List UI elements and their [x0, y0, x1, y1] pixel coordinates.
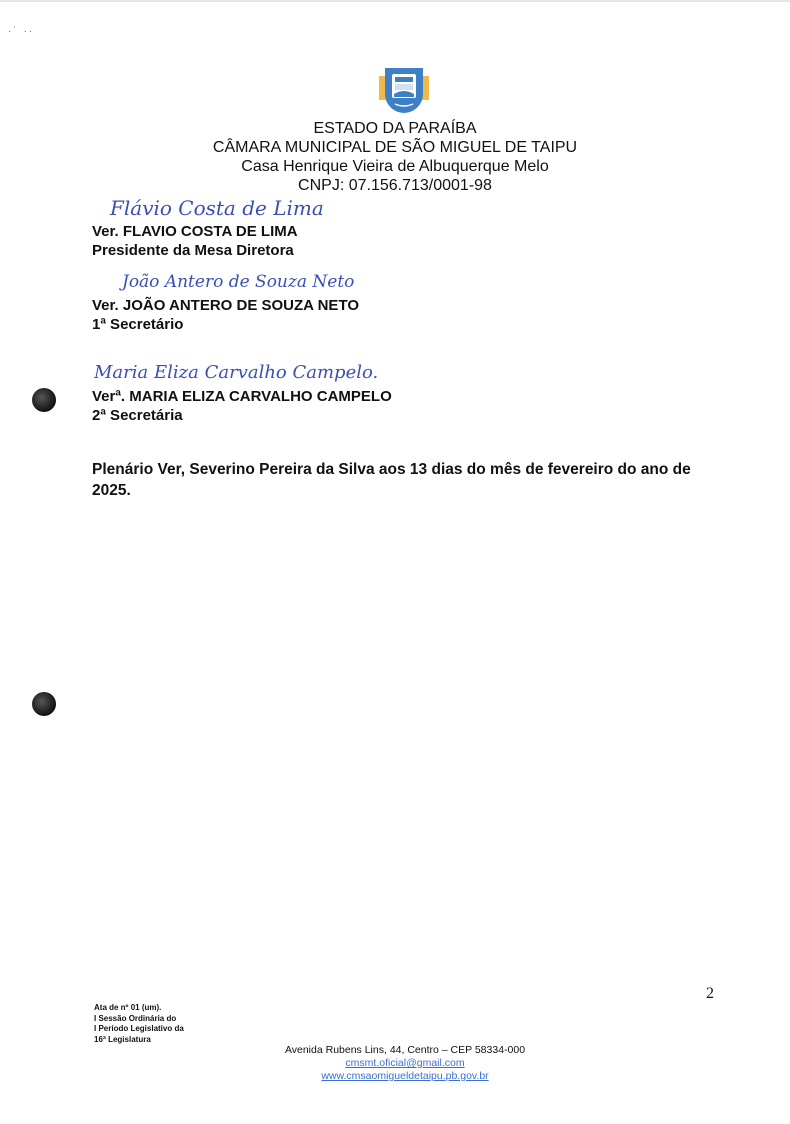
closing-statement: Plenário Ver, Severino Pereira da Silva … — [92, 459, 732, 501]
signatory-name-second-secretary: Verª. MARIA ELIZA CARVALHO CAMPELO — [92, 388, 392, 405]
signatory-name-president: Ver. FLAVIO COSTA DE LIMA — [92, 223, 298, 240]
punch-hole-icon — [32, 692, 56, 716]
page-footer: Avenida Rubens Lins, 44, Centro – CEP 58… — [0, 1044, 790, 1083]
signatory-role-first-secretary: 1ª Secretário — [92, 316, 183, 333]
signatory-role-second-secretary: 2ª Secretária — [92, 407, 183, 424]
footnote-line: I Período Legislativo da — [94, 1024, 184, 1035]
footnote-line: I Sessão Ordinária do — [94, 1014, 184, 1025]
footnote-line: Ata de nº 01 (um). — [94, 1003, 184, 1014]
signatory-name-first-secretary: Ver. JOÃO ANTERO DE SOUZA NETO — [92, 297, 359, 314]
signature-first-secretary: João Antero de Souza Neto — [122, 272, 354, 292]
minutes-reference: Ata de nº 01 (um). I Sessão Ordinária do… — [94, 1003, 184, 1045]
page-number: 2 — [706, 985, 714, 1003]
house-name: Casa Henrique Vieira de Albuquerque Melo — [0, 157, 790, 176]
signature-second-secretary: Maria Eliza Carvalho Campelo. — [94, 362, 378, 383]
cnpj: CNPJ: 07.156.713/0001-98 — [0, 176, 790, 195]
footer-website-link[interactable]: www.cmsaomigueldetaipu.pb.gov.br — [0, 1070, 790, 1083]
state-title: ESTADO DA PARAÍBA — [0, 119, 790, 138]
chamber-title: CÂMARA MUNICIPAL DE SÃO MIGUEL DE TAIPU — [0, 138, 790, 157]
footer-address: Avenida Rubens Lins, 44, Centro – CEP 58… — [0, 1044, 790, 1057]
scan-artifact: ·˙ ·· — [8, 26, 34, 37]
coat-of-arms-icon — [379, 66, 429, 116]
letterhead: ESTADO DA PARAÍBA CÂMARA MUNICIPAL DE SÃ… — [0, 119, 790, 195]
footer-email-link[interactable]: cmsmt.oficial@gmail.com — [0, 1057, 790, 1070]
signatory-role-president: Presidente da Mesa Diretora — [92, 242, 294, 259]
punch-hole-icon — [32, 388, 56, 412]
page-edge — [0, 0, 790, 2]
signature-president: Flávio Costa de Lima — [110, 196, 324, 220]
